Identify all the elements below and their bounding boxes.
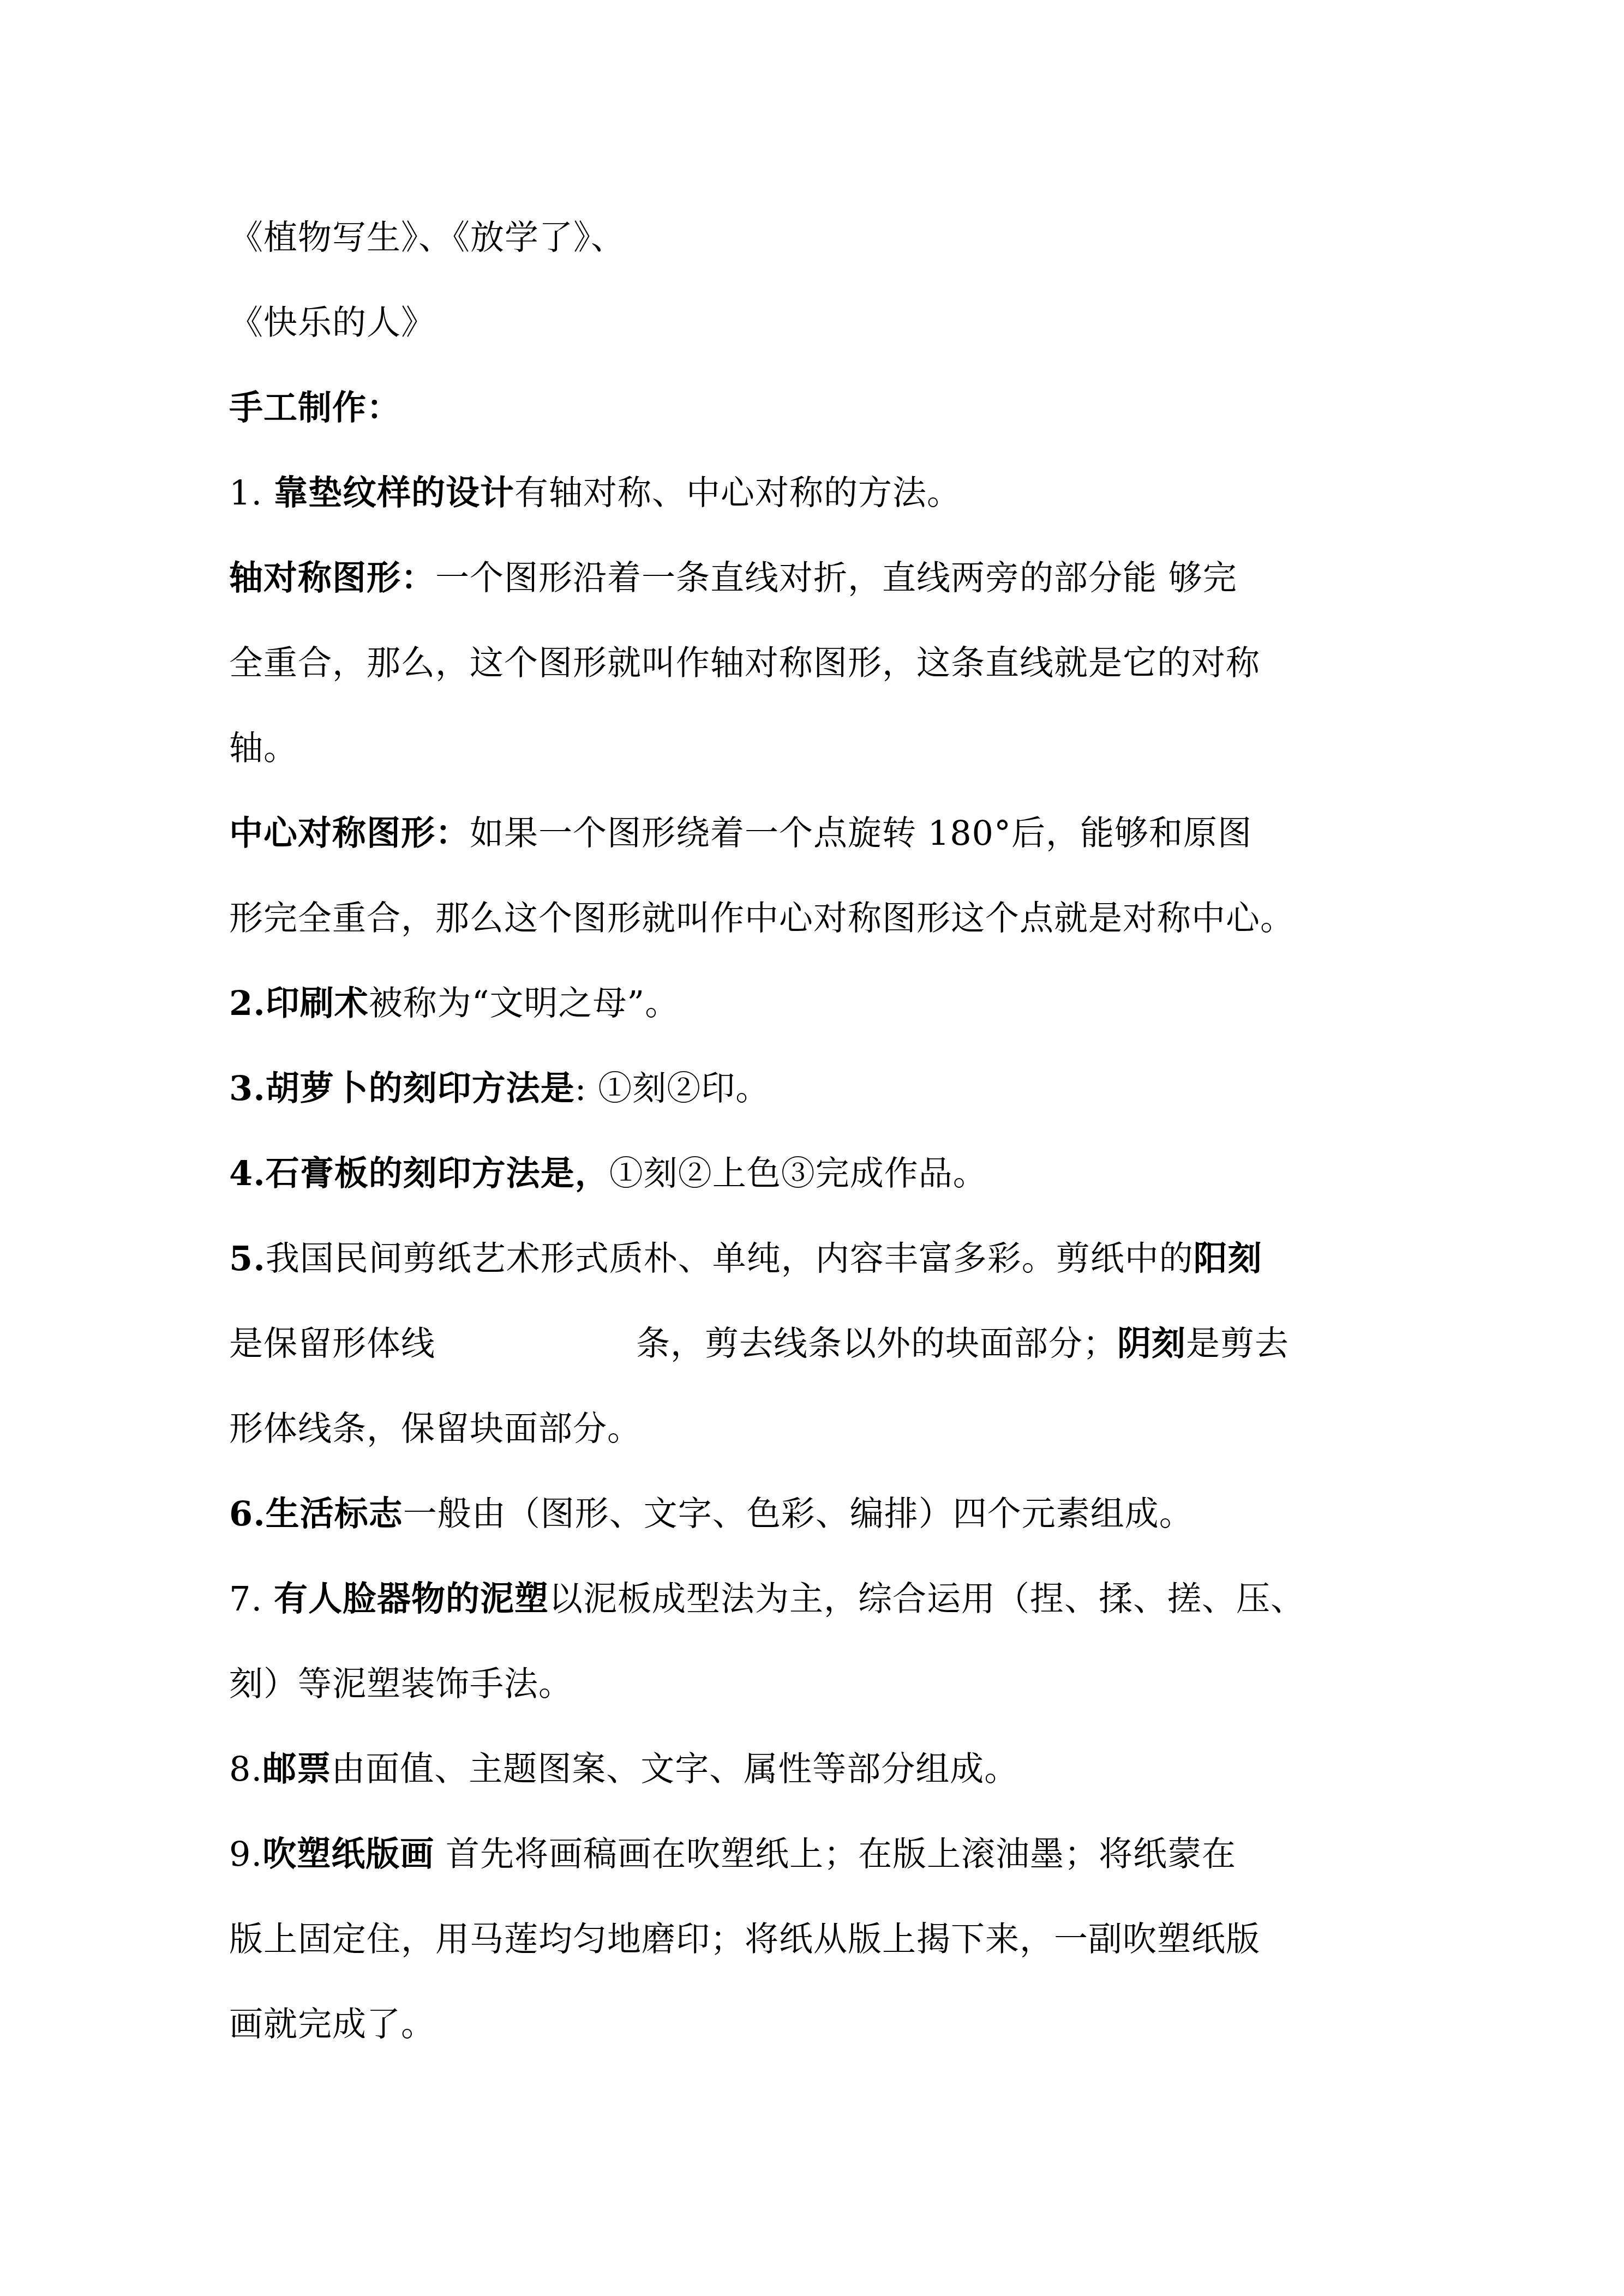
text-run: 5. <box>229 1239 266 1278</box>
text-run: 轴。 <box>229 728 298 768</box>
text-run: 全重合，那么，这个图形就叫作轴对称图形，这条直线就是它的对称 <box>229 643 1260 683</box>
text-line: 5.我国民间剪纸艺术形式质朴、单纯，内容丰富多彩。剪纸中的阳刻 <box>229 1216 1462 1301</box>
document-body: 《植物写生》、《放学了》、《快乐的人》手工制作：1. 靠垫纹样的设计有轴对称、中… <box>229 195 1462 2067</box>
text-run: 邮票 <box>262 1749 331 1789</box>
text-run: 形体线条，保留块面部分。 <box>229 1409 642 1448</box>
text-run: 有人脸器物的泥塑 <box>274 1579 549 1619</box>
text-line: 画就完成了。 <box>229 1982 1462 2067</box>
text-line: 《快乐的人》 <box>229 280 1462 365</box>
document-page: 《植物写生》、《放学了》、《快乐的人》手工制作：1. 靠垫纹样的设计有轴对称、中… <box>0 0 1624 2296</box>
text-run: : ①刻②印。 <box>575 1068 770 1108</box>
text-run: 吹塑纸版画 <box>262 1834 434 1874</box>
text-run: 被称为“文明之母”。 <box>369 983 679 1023</box>
text-run: 3.胡萝卜的刻印方法是 <box>229 1068 575 1108</box>
text-run: 一般由（图形、文字、色彩、编排）四个元素组成。 <box>403 1494 1194 1534</box>
text-run: 阳刻 <box>1194 1239 1262 1278</box>
text-line: 形完全重合，那么这个图形就叫作中心对称图形这个点就是对称中心。 <box>229 876 1462 961</box>
text-run: 一个图形沿着一条直线对折，直线两旁的部分能 够完 <box>435 558 1237 598</box>
text-run: 形完全重合，那么这个图形就叫作中心对称图形这个点就是对称中心。 <box>229 898 1295 938</box>
text-run: 是保留形体线 <box>229 1324 435 1363</box>
text-line: 1. 靠垫纹样的设计有轴对称、中心对称的方法。 <box>229 450 1462 536</box>
text-run: 刻）等泥塑装饰手法。 <box>229 1664 573 1704</box>
text-line: 中心对称图形：如果一个图形绕着一个点旋转 180°后，能够和原图 <box>229 791 1462 876</box>
text-run: 条，剪去线条以外的块面部分； <box>636 1324 1117 1363</box>
text-run: 1. <box>229 473 274 513</box>
text-run: 版上固定住，用马莲均匀地磨印；将纸从版上揭下来，一副吹塑纸版 <box>229 1919 1260 1959</box>
inline-gap <box>435 1355 636 1355</box>
text-line: 3.胡萝卜的刻印方法是: ①刻②印。 <box>229 1046 1462 1131</box>
text-run: ①刻②上色③完成作品。 <box>609 1153 987 1193</box>
text-run: 《快乐的人》 <box>229 303 435 342</box>
text-run: 如果一个图形绕着一个点旋转 180°后，能够和原图 <box>470 813 1252 853</box>
text-run: 阴刻 <box>1117 1324 1186 1363</box>
text-line: 形体线条，保留块面部分。 <box>229 1386 1462 1471</box>
text-line: 9.吹塑纸版画 首先将画稿画在吹塑纸上；在版上滚油墨；将纸蒙在 <box>229 1812 1462 1897</box>
text-line: 7. 有人脸器物的泥塑以泥板成型法为主，综合运用（捏、揉、搓、压、 <box>229 1556 1462 1642</box>
text-run: 中心对称图形： <box>229 813 470 853</box>
text-run: 是剪去 <box>1186 1324 1289 1363</box>
text-line: 手工制作： <box>229 365 1462 450</box>
text-line: 8.邮票由面值、主题图案、文字、属性等部分组成。 <box>229 1727 1462 1812</box>
text-line: 4.石膏板的刻印方法是，①刻②上色③完成作品。 <box>229 1131 1462 1216</box>
text-line: 2.印刷术被称为“文明之母”。 <box>229 961 1462 1046</box>
text-run: 由面值、主题图案、文字、属性等部分组成。 <box>331 1749 1018 1789</box>
text-run: 《植物写生》、《放学了》、 <box>229 218 625 257</box>
text-run: 有轴对称、中心对称的方法。 <box>514 473 961 513</box>
text-line: 《植物写生》、《放学了》、 <box>229 195 1462 280</box>
text-line: 是保留形体线条，剪去线条以外的块面部分；阴刻是剪去 <box>229 1301 1462 1386</box>
text-line: 6.生活标志一般由（图形、文字、色彩、编排）四个元素组成。 <box>229 1471 1462 1556</box>
text-run: 手工制作： <box>229 388 401 428</box>
text-run: 9. <box>229 1834 262 1874</box>
text-line: 版上固定住，用马莲均匀地磨印；将纸从版上揭下来，一副吹塑纸版 <box>229 1897 1462 1982</box>
text-run: 靠垫纹样的设计 <box>274 473 514 513</box>
text-run: 以泥板成型法为主，综合运用（捏、揉、搓、压、 <box>549 1579 1305 1619</box>
text-line: 刻）等泥塑装饰手法。 <box>229 1642 1462 1727</box>
text-run: 7. <box>229 1579 274 1619</box>
text-run: 轴对称图形： <box>229 558 435 598</box>
text-run: 2.印刷术 <box>229 983 369 1023</box>
text-run: 首先将画稿画在吹塑纸上；在版上滚油墨；将纸蒙在 <box>434 1834 1236 1874</box>
text-run: 4.石膏板的刻印方法是， <box>229 1153 609 1193</box>
text-run: 8. <box>229 1749 262 1789</box>
text-line: 轴对称图形：一个图形沿着一条直线对折，直线两旁的部分能 够完 <box>229 536 1462 621</box>
text-run: 6.生活标志 <box>229 1494 403 1534</box>
text-run: 我国民间剪纸艺术形式质朴、单纯，内容丰富多彩。剪纸中的 <box>266 1239 1194 1278</box>
text-run: 画就完成了。 <box>229 2004 435 2044</box>
text-line: 轴。 <box>229 706 1462 791</box>
text-line: 全重合，那么，这个图形就叫作轴对称图形，这条直线就是它的对称 <box>229 621 1462 706</box>
